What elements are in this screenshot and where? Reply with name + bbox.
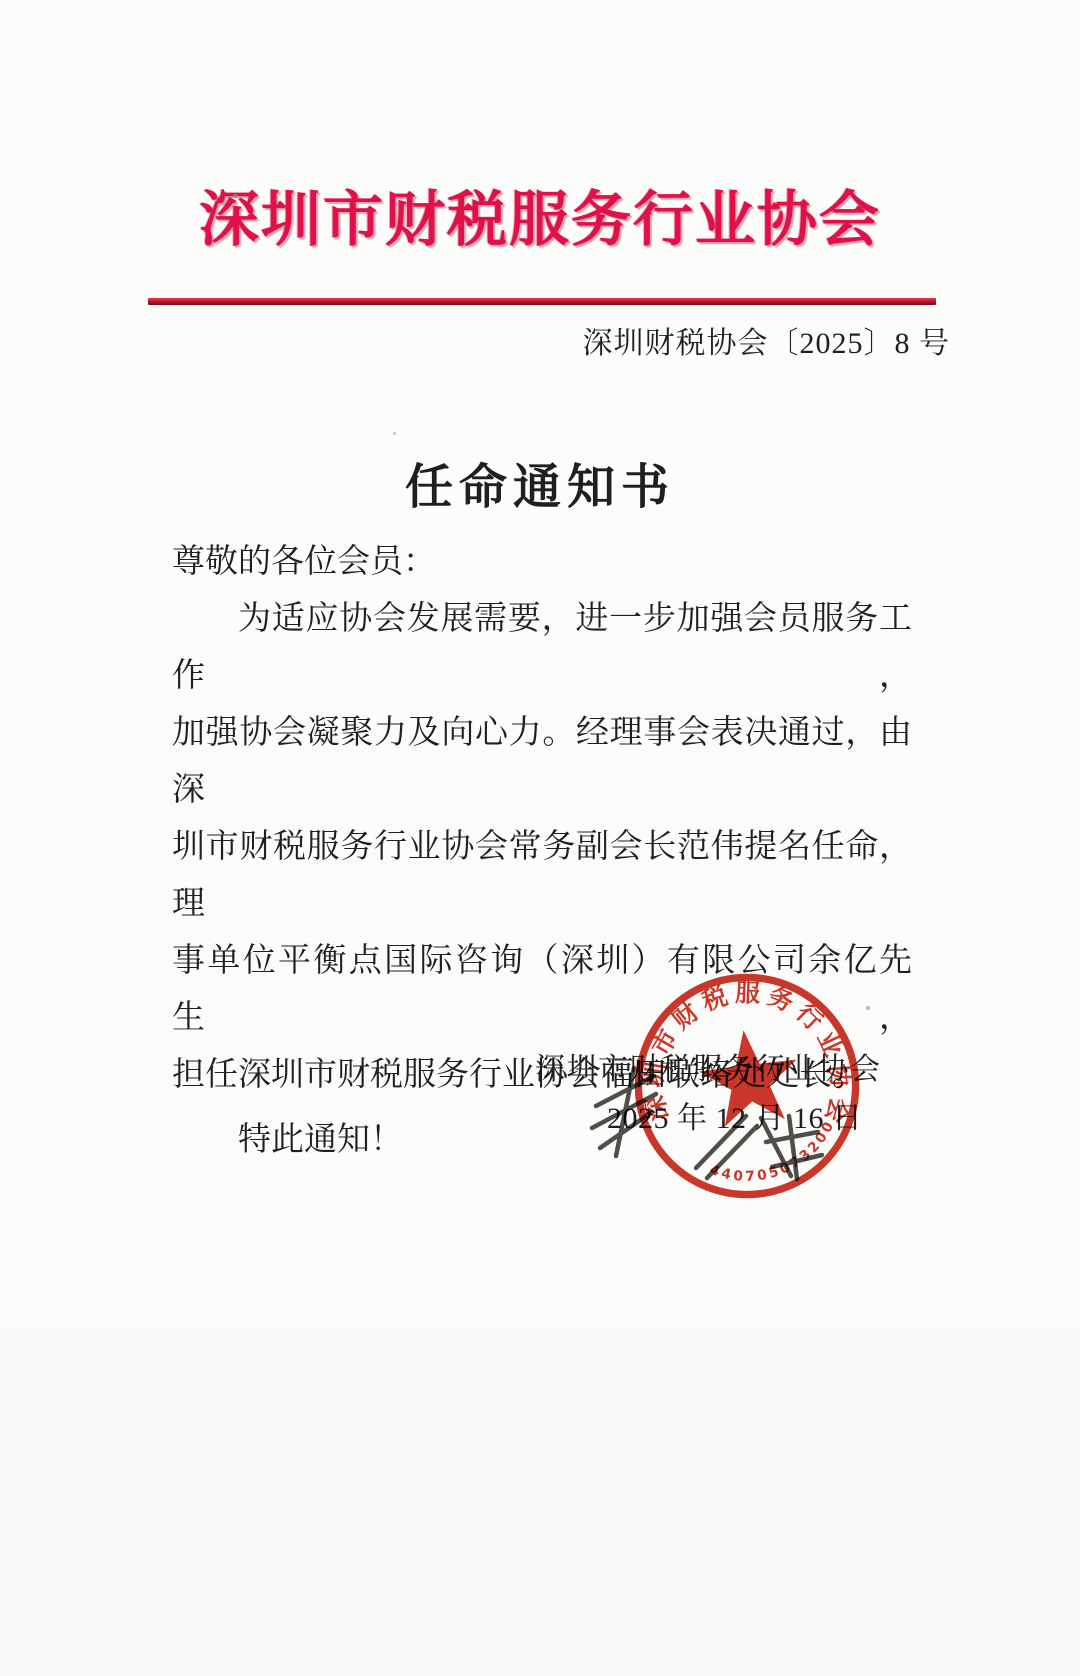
official-seal: 深圳市财税服务行业协会 4407050732009: [632, 963, 862, 1209]
notice-title: 任命通知书: [0, 448, 1080, 517]
scan-speck: [233, 194, 238, 198]
body-line: 圳市财税服务行业协会常务副会长范伟提名任命，理: [172, 819, 912, 933]
scanned-notice-page: 深圳市财税服务行业协会 深圳财税协会〔2025〕8 号 任命通知书 尊敬的各位会…: [0, 0, 1080, 1676]
letterhead-rule: [148, 298, 936, 305]
document-number: 深圳财税协会〔2025〕8 号: [583, 318, 951, 362]
letterhead-org-title: 深圳市财税服务行业协会: [0, 172, 1080, 258]
scan-speck: [393, 432, 396, 435]
scan-speck: [866, 1006, 870, 1010]
seal-star-icon: [695, 1024, 804, 1128]
body-line: 为适应协会发展需要，进一步加强会员服务工作，: [172, 591, 912, 705]
salutation: 尊敬的各位会员：: [172, 534, 912, 591]
body-line: 加强协会凝聚力及向心力。经理事会表决通过，由深: [172, 705, 912, 819]
